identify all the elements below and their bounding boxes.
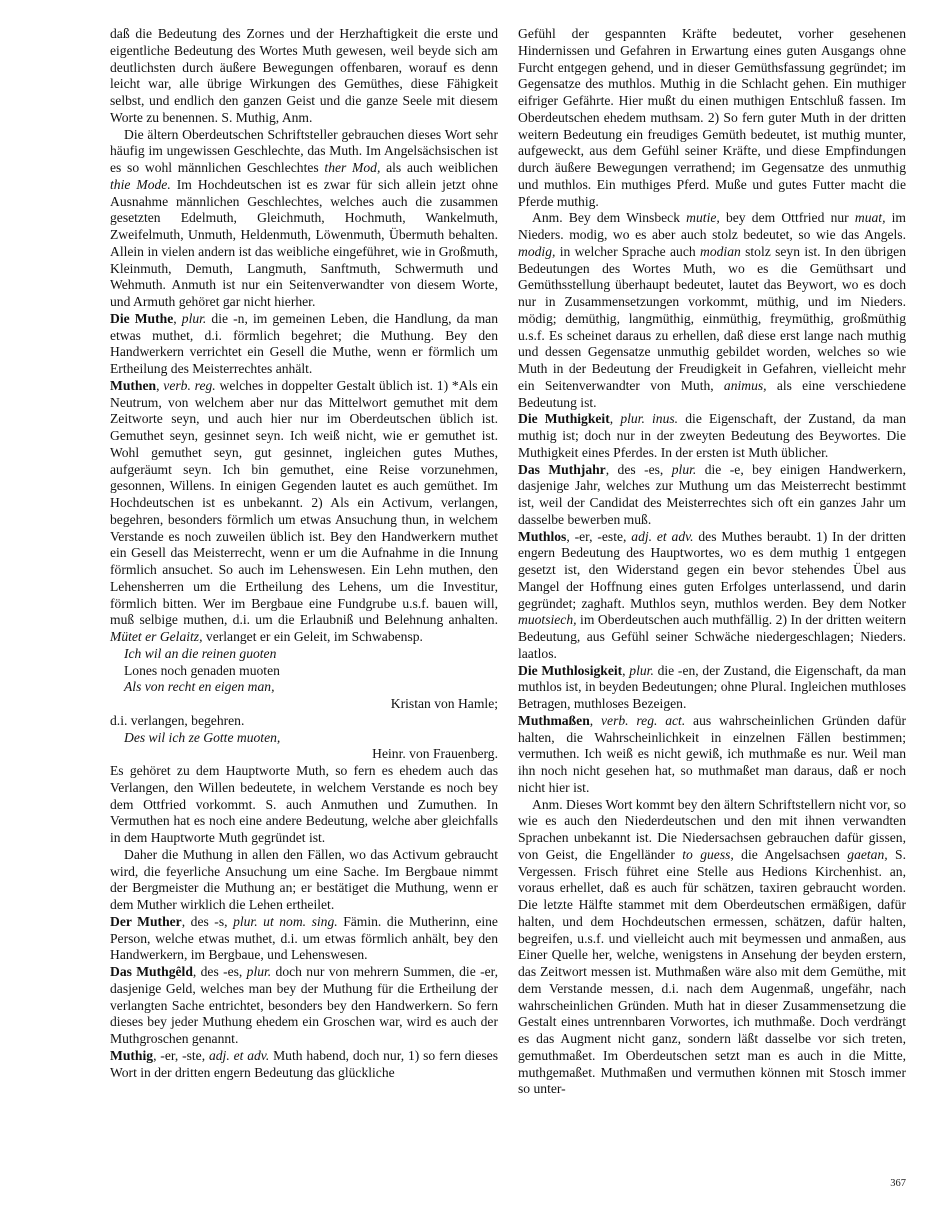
paragraph: Anm. Dieses Wort kommt bey den ältern Sc… [518, 797, 906, 1099]
verse-text: Als von recht en eigen man, [124, 679, 275, 694]
dictionary-entry: Der Muther, des -s, plur. ut nom. sing. … [110, 914, 498, 964]
paragraph: daß die Bedeutung des Zornes und der Her… [110, 26, 498, 127]
paragraph: Anm. Bey dem Winsbeck mutie, bey dem Ott… [518, 210, 906, 411]
dictionary-entry: Muthen, verb. reg. welches in doppelter … [110, 378, 498, 646]
headword: Muthen [110, 378, 156, 393]
italic-term: plur. [672, 462, 697, 477]
dictionary-entry: Das Muthgêld, des -es, plur. doch nur vo… [110, 964, 498, 1048]
italic-term: thie Mode. [110, 177, 171, 192]
italic-term: adj. et adv. [631, 529, 693, 544]
left-column: daß die Bedeutung des Zornes und der Her… [110, 26, 498, 1081]
body-text: stolz seyn ist. In den übrigen Bedeutung… [518, 244, 906, 393]
italic-term: ther Mod, [324, 160, 380, 175]
italic-term: verb. reg. [163, 378, 215, 393]
body-text: Anm. Bey dem Winsbeck [532, 210, 686, 225]
verse-text: Des wil ich ze Gotte muoten, [124, 730, 280, 745]
italic-term: plur. inus. [620, 411, 678, 426]
paragraph: Gefühl der gespannten Kräfte bedeutet, v… [518, 26, 906, 210]
right-column: Gefühl der gespannten Kräfte bedeutet, v… [518, 26, 906, 1098]
paragraph: Daher die Muthung in allen den Fällen, w… [110, 847, 498, 914]
italic-term: muat, [855, 210, 886, 225]
headword: Die Muthlosigkeit [518, 663, 622, 678]
dictionary-entry: Muthmaßen, verb. reg. act. aus wahrschei… [518, 713, 906, 797]
headword: Das Muthjahr [518, 462, 606, 477]
italic-term: modian [700, 244, 741, 259]
body-text: die Angelsachsen [734, 847, 847, 862]
italic-term: plur. [629, 663, 654, 678]
body-text: , des -s, [182, 914, 233, 929]
headword: Muthmaßen [518, 713, 590, 728]
verse-line: Ich wil an die reinen guoten [110, 646, 498, 663]
body-text: verlanget er ein Geleit, im Schwabensp. [203, 629, 423, 644]
body-text: welches in doppelter Gestalt üblich ist.… [110, 378, 498, 628]
body-text: , -er, -ste, [153, 1048, 209, 1063]
dictionary-entry: Die Muthe, plur. die -n, im gemeinen Leb… [110, 311, 498, 378]
headword: Muthlos [518, 529, 566, 544]
verse-line: Lones noch genaden muoten [110, 663, 498, 680]
italic-term: plur. ut nom. sing. [233, 914, 338, 929]
paragraph: Es gehöret zu dem Hauptworte Muth, so fe… [110, 763, 498, 847]
verse-text: Ich wil an die reinen guoten [124, 646, 276, 661]
dictionary-entry: Die Muthlosigkeit, plur. die -en, der Zu… [518, 663, 906, 713]
dictionary-entry: Muthlos, -er, -este, adj. et adv. des Mu… [518, 529, 906, 663]
body-text: , [610, 411, 621, 426]
body-text: bey dem Ottfried nur [720, 210, 855, 225]
headword: Die Muthe [110, 311, 173, 326]
body-text: , -er, -este, [566, 529, 631, 544]
body-text: in welcher Sprache auch [555, 244, 700, 259]
headword: Das Muthgêld [110, 964, 193, 979]
verse-line: Als von recht en eigen man, [110, 679, 498, 696]
italic-term: plur. [247, 964, 272, 979]
italic-term: modig, [518, 244, 555, 259]
body-text: , [590, 713, 601, 728]
body-text: , [173, 311, 182, 326]
body-text: im Oberdeutschen auch muthfällig. 2) In … [518, 612, 906, 661]
italic-term: to guess, [682, 847, 734, 862]
body-text: , des -es, [193, 964, 247, 979]
attribution: Kristan von Hamle; [110, 696, 498, 713]
italic-term: mutie, [686, 210, 720, 225]
paragraph: Die ältern Oberdeutschen Schriftsteller … [110, 127, 498, 311]
body-text: S. Vergessen. Frisch führet eine Stelle … [518, 847, 906, 1097]
body-text: als auch weiblichen [380, 160, 498, 175]
italic-term: muotsiech, [518, 612, 577, 627]
page-number: 367 [870, 1178, 906, 1189]
verse-text: Lones noch genaden muoten [124, 663, 280, 678]
headword: Muthig [110, 1048, 153, 1063]
italic-term: plur. [182, 311, 207, 326]
body-text: , des -es, [606, 462, 672, 477]
body-text: Im Hochdeutschen ist es zwar für sich al… [110, 177, 498, 309]
italic-term: verb. reg. act. [601, 713, 685, 728]
italic-term: gaetan, [847, 847, 887, 862]
headword: Die Muthigkeit [518, 411, 610, 426]
italic-term: adj. et adv. [209, 1048, 269, 1063]
dictionary-entry: Die Muthigkeit, plur. inus. die Eigensch… [518, 411, 906, 461]
attribution: Heinr. von Frauenberg. [110, 746, 498, 763]
paragraph: d.i. verlangen, begehren. [110, 713, 498, 730]
dictionary-entry: Muthig, -er, -ste, adj. et adv. Muth hab… [110, 1048, 498, 1082]
dictionary-entry: Das Muthjahr, des -es, plur. die -e, bey… [518, 462, 906, 529]
italic-term: animus, [724, 378, 767, 393]
italic-term: Mütet er Gelaitz, [110, 629, 203, 644]
body-text: Daher die Muthung in allen den Fällen, w… [110, 847, 498, 912]
headword: Der Muther [110, 914, 182, 929]
verse-line: Des wil ich ze Gotte muoten, [110, 730, 498, 747]
